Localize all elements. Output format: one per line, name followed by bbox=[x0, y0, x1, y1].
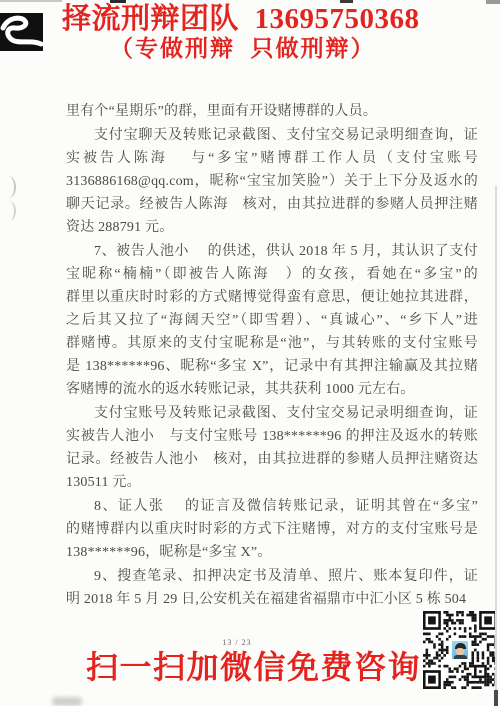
document-line: 群赌博。其原来的支付宝昵称是“池”，与其转账的支付宝账号 bbox=[66, 332, 478, 355]
scan-artifact bbox=[494, 690, 498, 706]
paragraph: 支付宝聊天及转账记录截图、支付宝交易记录明细查询，证实被告人陈海 与“多宝”赌博… bbox=[66, 124, 478, 239]
avatar-face bbox=[456, 648, 464, 655]
header-subtitle: （专做刑辩 只做刑辩） bbox=[110, 36, 376, 61]
document-body: 里有个“星期乐”的群，里面有开设赌博群的人员。支付宝聊天及转账记录截图、支付宝交… bbox=[66, 100, 478, 611]
document-line: 支付宝账号及转账记录截图、支付宝交易记录明细查询，证 bbox=[66, 402, 478, 425]
document-line: 资达 288791 元。 bbox=[66, 216, 478, 239]
document-line: 是 138******96、昵称“多宝 X”，记录中有其押注输赢及其拉赌 bbox=[66, 355, 478, 378]
document-line: 明 2018 年 5 月 29 日,公安机关在福建省福鼎市中汇小区 5 栋 50… bbox=[66, 588, 478, 611]
document-line: 的赌博群内以重庆时时彩的方式下注赌博，对方的支付宝账号是 bbox=[66, 518, 478, 541]
binder-mark bbox=[4, 176, 16, 198]
paragraph: 7、被告人池小 的供述，供认 2018 年 5 月，其认识了支付宝昵称“楠楠”（… bbox=[66, 240, 478, 401]
document-line: 支付宝聊天及转账记录截图、支付宝交易记录明细查询，证 bbox=[66, 124, 478, 147]
document-line: 里有个“星期乐”的群，里面有开设赌博群的人员。 bbox=[66, 100, 478, 123]
header-team-title: 择流刑辩团队 13695750368 bbox=[62, 4, 420, 36]
document-line: 记录。经被告人池小 核对，由其拉进群的参赌人员押注赌资达 bbox=[66, 448, 478, 471]
document-line: 实被告人池小 与支付宝账号 138******96 的押注及返水的转账 bbox=[66, 425, 478, 448]
wechat-qr-code bbox=[423, 611, 497, 689]
scan-artifact bbox=[0, 0, 62, 2]
document-line: 实被告人陈海 与“多宝”赌博群工作人员（支付宝账号 bbox=[66, 147, 478, 170]
document-line: 群里以重庆时时彩的方式赌博觉得蛮有意思，便让她拉其进群， bbox=[66, 286, 478, 309]
paragraph: 里有个“星期乐”的群，里面有开设赌博群的人员。 bbox=[66, 100, 478, 123]
binder-mark bbox=[5, 201, 16, 221]
document-line: 聊天记录。经被告人陈海 核对，由其拉进群的参赌人员押注赌 bbox=[66, 193, 478, 216]
law-firm-logo-icon bbox=[0, 13, 43, 51]
paragraph: 支付宝账号及转账记录截图、支付宝交易记录明细查询，证实被告人池小 与支付宝账号 … bbox=[66, 402, 478, 494]
document-line: 3136886168@qq.com，昵称“宝宝加笑脸”）关于上下分及返水的 bbox=[66, 170, 478, 193]
document-line: 宝昵称“楠楠”（即被告人陈海 ）的女孩，看她在“多宝”的 bbox=[66, 263, 478, 286]
scan-artifact bbox=[486, 0, 500, 4]
document-line: 客赌博的流水的返水转账记录，其共获利 1000 元左右。 bbox=[66, 378, 478, 401]
qr-center-avatar bbox=[451, 640, 469, 660]
document-line: 7、被告人池小 的供述，供认 2018 年 5 月，其认识了支付 bbox=[66, 240, 478, 263]
wechat-cta-text: 扫一扫加微信免费咨询 bbox=[86, 650, 421, 685]
document-line: 130511 元。 bbox=[66, 471, 478, 494]
paragraph: 9、搜查笔录、扣押决定书及清单、照片、账本复印件，证明 2018 年 5 月 2… bbox=[66, 565, 478, 611]
scan-artifact bbox=[340, 0, 353, 3]
paragraph: 8、证人张 的证言及微信转账记录，证明其曾在“多宝”的赌博群内以重庆时时彩的方式… bbox=[66, 495, 478, 564]
avatar-torso bbox=[454, 655, 467, 659]
document-line: 9、搜查笔录、扣押决定书及清单、照片、账本复印件，证 bbox=[66, 565, 478, 588]
scan-artifact bbox=[110, 0, 126, 3]
scan-artifact bbox=[52, 697, 82, 706]
scanned-document-page: 择流刑辩团队 13695750368 （专做刑辩 只做刑辩） 里有个“星期乐”的… bbox=[0, 0, 500, 706]
document-line: 8、证人张 的证言及微信转账记录，证明其曾在“多宝” bbox=[66, 495, 478, 518]
paper-edge-shadow bbox=[495, 186, 497, 692]
page-number: 13 / 23 bbox=[0, 638, 474, 647]
document-line: 之后其又拉了“海阔天空”（即雪碧）、“真诚心”、“乡下人”进 bbox=[66, 309, 478, 332]
document-line: 138******96，昵称是“多宝 X”。 bbox=[66, 541, 478, 564]
